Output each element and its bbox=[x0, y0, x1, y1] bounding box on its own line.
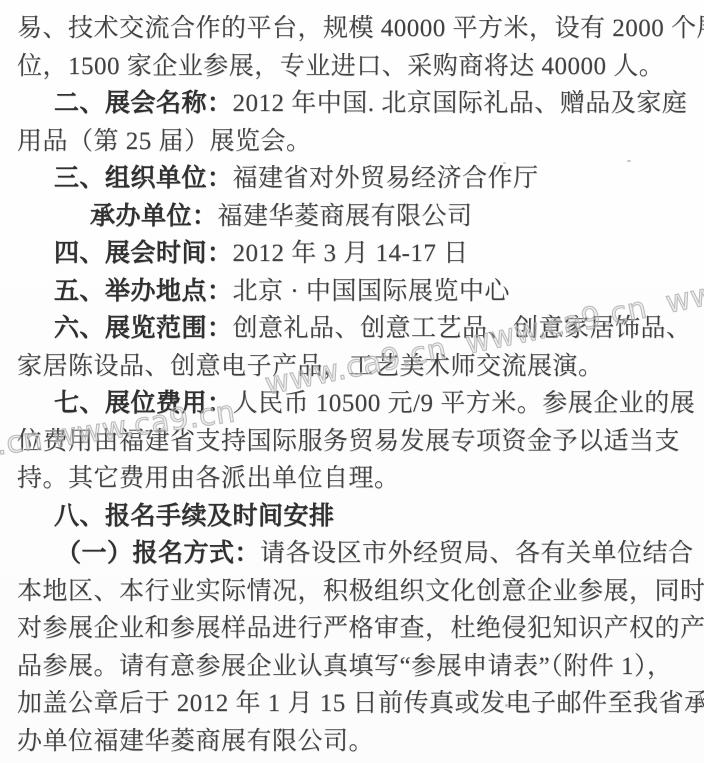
line-label: 六、展览范围： bbox=[54, 314, 233, 342]
line-text: 北京 · 中国国际展览中心 bbox=[233, 278, 510, 305]
text-line: 家居陈设品、创意电子产品，工艺美术师交流展演。 bbox=[0, 348, 704, 386]
text-line: 办单位福建华菱商展有限公司。 bbox=[0, 723, 704, 761]
scan-speck bbox=[460, 258, 463, 260]
scanned-document-page: 易、技术交流合作的平台，规模 40000 平方米，设有 2000 个展 位，15… bbox=[0, 0, 704, 763]
text-line-exhibition-time: 四、展会时间：2012 年 3 月 14-17 日 bbox=[0, 235, 704, 273]
line-text: 位费用由福建省支持国际服务贸易发展专项资金予以适当支 bbox=[17, 428, 680, 455]
line-text: 用品（第 25 届）展览会。 bbox=[17, 128, 312, 155]
line-text: 福建省对外贸易经济合作厅 bbox=[233, 165, 539, 192]
document-text-block: 易、技术交流合作的平台，规模 40000 平方米，设有 2000 个展 位，15… bbox=[0, 10, 704, 760]
text-line: 易、技术交流合作的平台，规模 40000 平方米，设有 2000 个展 bbox=[0, 10, 704, 48]
text-line: 位，1500 家企业参展，专业进口、采购商将达 40000 人。 bbox=[0, 48, 704, 86]
text-line: 对参展企业和参展样品进行严格审查，杜绝侵犯知识产权的产 bbox=[0, 610, 704, 648]
line-text: 对参展企业和参展样品进行严格审查，杜绝侵犯知识产权的产 bbox=[17, 615, 704, 642]
line-text: 持。其它费用由各派出单位自理。 bbox=[17, 465, 400, 492]
line-label: 四、展会时间： bbox=[54, 239, 233, 267]
line-text: 请各设区市外经贸局、各有关单位结合 bbox=[260, 540, 694, 567]
line-label: （一）报名方式： bbox=[56, 539, 260, 567]
line-text: 易、技术交流合作的平台，规模 40000 平方米，设有 2000 个展 bbox=[17, 15, 704, 42]
text-line-registration-heading: 八、报名手续及时间安排 bbox=[0, 498, 704, 536]
line-label: 二、展会名称： bbox=[54, 89, 233, 117]
text-line: 持。其它费用由各派出单位自理。 bbox=[0, 460, 704, 498]
text-line-registration-method: （一）报名方式：请各设区市外经贸局、各有关单位结合 bbox=[0, 535, 704, 573]
line-text: 加盖公章后于 2012 年 1 月 15 日前传真或发电子邮件至我省承 bbox=[17, 690, 704, 717]
text-line-scope: 六、展览范围：创意礼品、创意工艺品、创意家居饰品、 bbox=[0, 310, 704, 348]
line-label: 七、展位费用： bbox=[54, 389, 233, 417]
line-text: 位，1500 家企业参展，专业进口、采购商将达 40000 人。 bbox=[17, 53, 664, 80]
text-line-exhibition-name: 二、展会名称：2012 年中国. 北京国际礼品、赠品及家庭 bbox=[0, 85, 704, 123]
line-text: 福建华菱商展有限公司 bbox=[218, 203, 473, 230]
line-label: 五、举办地点： bbox=[54, 277, 233, 305]
line-text: 家居陈设品、创意电子产品，工艺美术师交流展演。 bbox=[17, 353, 604, 380]
text-line-venue: 五、举办地点：北京 · 中国国际展览中心 bbox=[0, 273, 704, 311]
text-line-booth-fee: 七、展位费用：人民币 10500 元/9 平方米。参展企业的展 bbox=[0, 385, 704, 423]
text-line-organizer: 三、组织单位：福建省对外贸易经济合作厅 bbox=[0, 160, 704, 198]
text-line-undertaker: 承办单位：福建华菱商展有限公司 bbox=[0, 198, 704, 236]
line-text: 本地区、本行业实际情况，积极组织文化创意企业参展，同时 bbox=[17, 578, 704, 605]
text-line: 品参展。请有意参展企业认真填写“参展申请表”（附件 1）， bbox=[0, 648, 704, 686]
text-line: 位费用由福建省支持国际服务贸易发展专项资金予以适当支 bbox=[0, 423, 704, 461]
line-text: 2012 年中国. 北京国际礼品、赠品及家庭 bbox=[233, 90, 688, 117]
line-text: 品参展。请有意参展企业认真填写“参展申请表”（附件 1）， bbox=[17, 653, 672, 680]
text-line: 用品（第 25 届）展览会。 bbox=[0, 123, 704, 161]
line-label: 承办单位： bbox=[90, 202, 218, 230]
line-text: 办单位福建华菱商展有限公司。 bbox=[17, 728, 374, 755]
text-line: 加盖公章后于 2012 年 1 月 15 日前传真或发电子邮件至我省承 bbox=[0, 685, 704, 723]
line-label: 三、组织单位： bbox=[54, 164, 233, 192]
line-text: 创意礼品、创意工艺品、创意家居饰品、 bbox=[233, 315, 692, 342]
line-label: 八、报名手续及时间安排 bbox=[54, 502, 335, 530]
line-text: 人民币 10500 元/9 平方米。参展企业的展 bbox=[233, 390, 696, 417]
scan-speck bbox=[627, 160, 631, 162]
scan-speck bbox=[505, 704, 508, 707]
line-text: 2012 年 3 月 14-17 日 bbox=[233, 240, 469, 267]
scan-speck bbox=[503, 162, 506, 164]
text-line: 本地区、本行业实际情况，积极组织文化创意企业参展，同时 bbox=[0, 573, 704, 611]
